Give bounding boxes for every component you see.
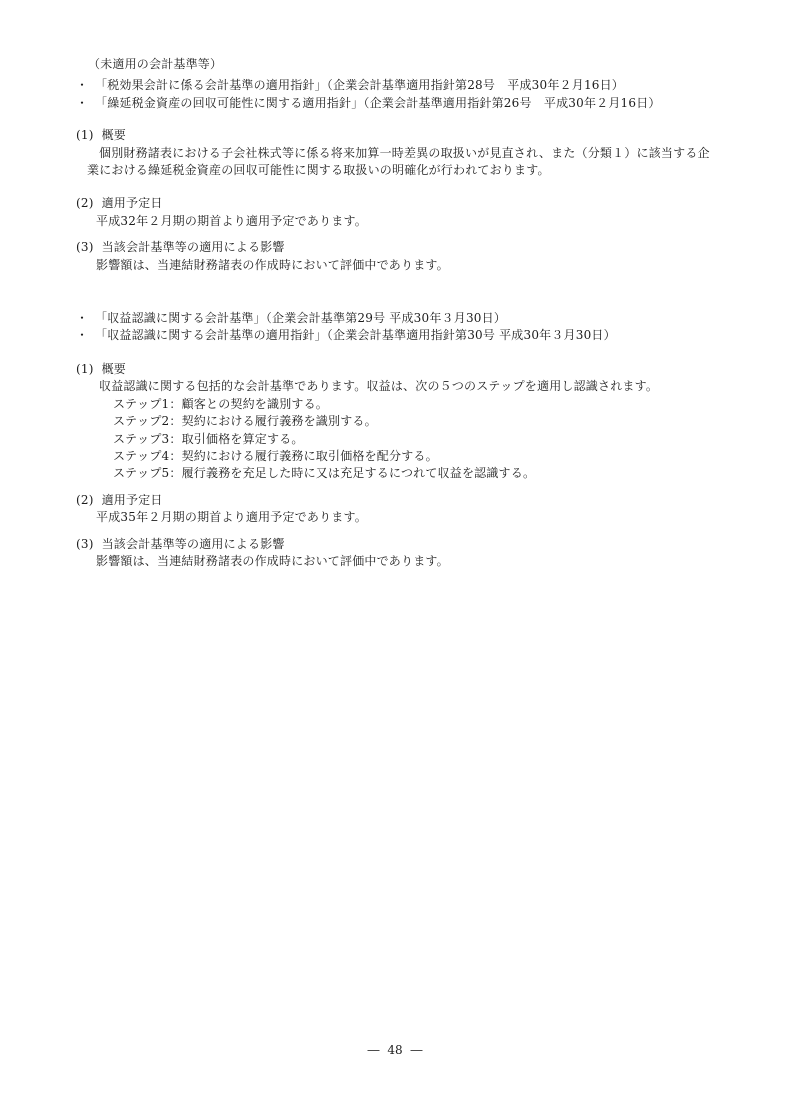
bullet-marker: ・ bbox=[76, 310, 95, 327]
standard-bullet-item: ・ 「税効果会計に係る会計基準の適用指針」（企業会計基準適用指針第28号 平成3… bbox=[76, 77, 720, 94]
section-body: 平成35年２月期の期首より適用予定であります。 bbox=[96, 509, 720, 526]
page: { "page": { "colors": { "background": "#… bbox=[0, 0, 790, 1118]
section-impact-revenue: (3) 当該会計基準等の適用による影響 影響額は、当連結財務諸表の作成時において… bbox=[76, 536, 720, 571]
section-impact-tax: (3) 当該会計基準等の適用による影響 影響額は、当連結財務諸表の作成時において… bbox=[76, 239, 720, 274]
section-title: 適用予定日 bbox=[102, 492, 163, 509]
document-body: （未適用の会計基準等） ・ 「税効果会計に係る会計基準の適用指針」（企業会計基準… bbox=[76, 56, 720, 570]
section-number: (2) bbox=[76, 195, 94, 212]
section-heading: (3) 当該会計基準等の適用による影響 bbox=[76, 536, 720, 553]
bullet-marker: ・ bbox=[76, 77, 95, 94]
section-heading: (1) 概要 bbox=[76, 361, 720, 378]
section-body: 影響額は、当連結財務諸表の作成時において評価中であります。 bbox=[96, 553, 720, 570]
revenue-step-item: ステップ1：顧客との契約を識別する。 bbox=[113, 396, 720, 413]
standard-bullet-text: 「収益認識に関する会計基準の適用指針」（企業会計基準適用指針第30号 平成30年… bbox=[95, 327, 720, 344]
section-title: 概要 bbox=[102, 127, 126, 144]
section-heading: (1) 概要 bbox=[76, 127, 720, 144]
section-number: (3) bbox=[76, 536, 94, 553]
standard-bullet-text: 「税効果会計に係る会計基準の適用指針」（企業会計基準適用指針第28号 平成30年… bbox=[95, 77, 720, 94]
standard-bullet-item: ・ 「収益認識に関する会計基準の適用指針」（企業会計基準適用指針第30号 平成3… bbox=[76, 327, 720, 344]
section-overview-tax: (1) 概要 個別財務諸表における子会社株式等に係る将来加算一時差異の取扱いが見… bbox=[76, 127, 720, 179]
section-number: (1) bbox=[76, 127, 94, 144]
standard-bullet-text: 「収益認識に関する会計基準」（企業会計基準第29号 平成30年３月30日） bbox=[95, 310, 720, 327]
section-heading: (2) 適用予定日 bbox=[76, 195, 720, 212]
section-title: 適用予定日 bbox=[102, 195, 163, 212]
section-number: (2) bbox=[76, 492, 94, 509]
standard-bullet-text: 「繰延税金資産の回収可能性に関する適用指針」（企業会計基準適用指針第26号 平成… bbox=[95, 95, 720, 112]
revenue-step-item: ステップ3：取引価格を算定する。 bbox=[113, 431, 720, 448]
page-number: ― 48 ― bbox=[0, 1042, 790, 1059]
revenue-step-item: ステップ4：契約における履行義務に取引価格を配分する。 bbox=[113, 448, 720, 465]
revenue-step-item: ステップ2：契約における履行義務を識別する。 bbox=[113, 413, 720, 430]
section-body: 平成32年２月期の期首より適用予定であります。 bbox=[96, 213, 720, 230]
section-title: 当該会計基準等の適用による影響 bbox=[102, 239, 285, 256]
section-number: (1) bbox=[76, 361, 94, 378]
section-application-date-tax: (2) 適用予定日 平成32年２月期の期首より適用予定であります。 bbox=[76, 195, 720, 230]
unapplied-standards-heading: （未適用の会計基準等） bbox=[88, 56, 720, 73]
standard-bullet-item: ・ 「収益認識に関する会計基準」（企業会計基準第29号 平成30年３月30日） bbox=[76, 310, 720, 327]
standard-bullet-item: ・ 「繰延税金資産の回収可能性に関する適用指針」（企業会計基準適用指針第26号 … bbox=[76, 95, 720, 112]
section-overview-revenue: (1) 概要 収益認識に関する包括的な会計基準であります。収益は、次の５つのステ… bbox=[76, 361, 720, 483]
section-heading: (3) 当該会計基準等の適用による影響 bbox=[76, 239, 720, 256]
section-body: 個別財務諸表における子会社株式等に係る将来加算一時差異の取扱いが見直され、また（… bbox=[87, 145, 720, 180]
section-number: (3) bbox=[76, 239, 94, 256]
section-heading: (2) 適用予定日 bbox=[76, 492, 720, 509]
section-title: 概要 bbox=[102, 361, 126, 378]
bullet-marker: ・ bbox=[76, 95, 95, 112]
section-body: 収益認識に関する包括的な会計基準であります。収益は、次の５つのステップを適用し認… bbox=[87, 378, 720, 395]
section-application-date-revenue: (2) 適用予定日 平成35年２月期の期首より適用予定であります。 bbox=[76, 492, 720, 527]
section-title: 当該会計基準等の適用による影響 bbox=[102, 536, 285, 553]
revenue-step-item: ステップ5：履行義務を充足した時に又は充足するにつれて収益を認識する。 bbox=[113, 465, 720, 482]
bullet-marker: ・ bbox=[76, 327, 95, 344]
section-body: 影響額は、当連結財務諸表の作成時において評価中であります。 bbox=[96, 257, 720, 274]
